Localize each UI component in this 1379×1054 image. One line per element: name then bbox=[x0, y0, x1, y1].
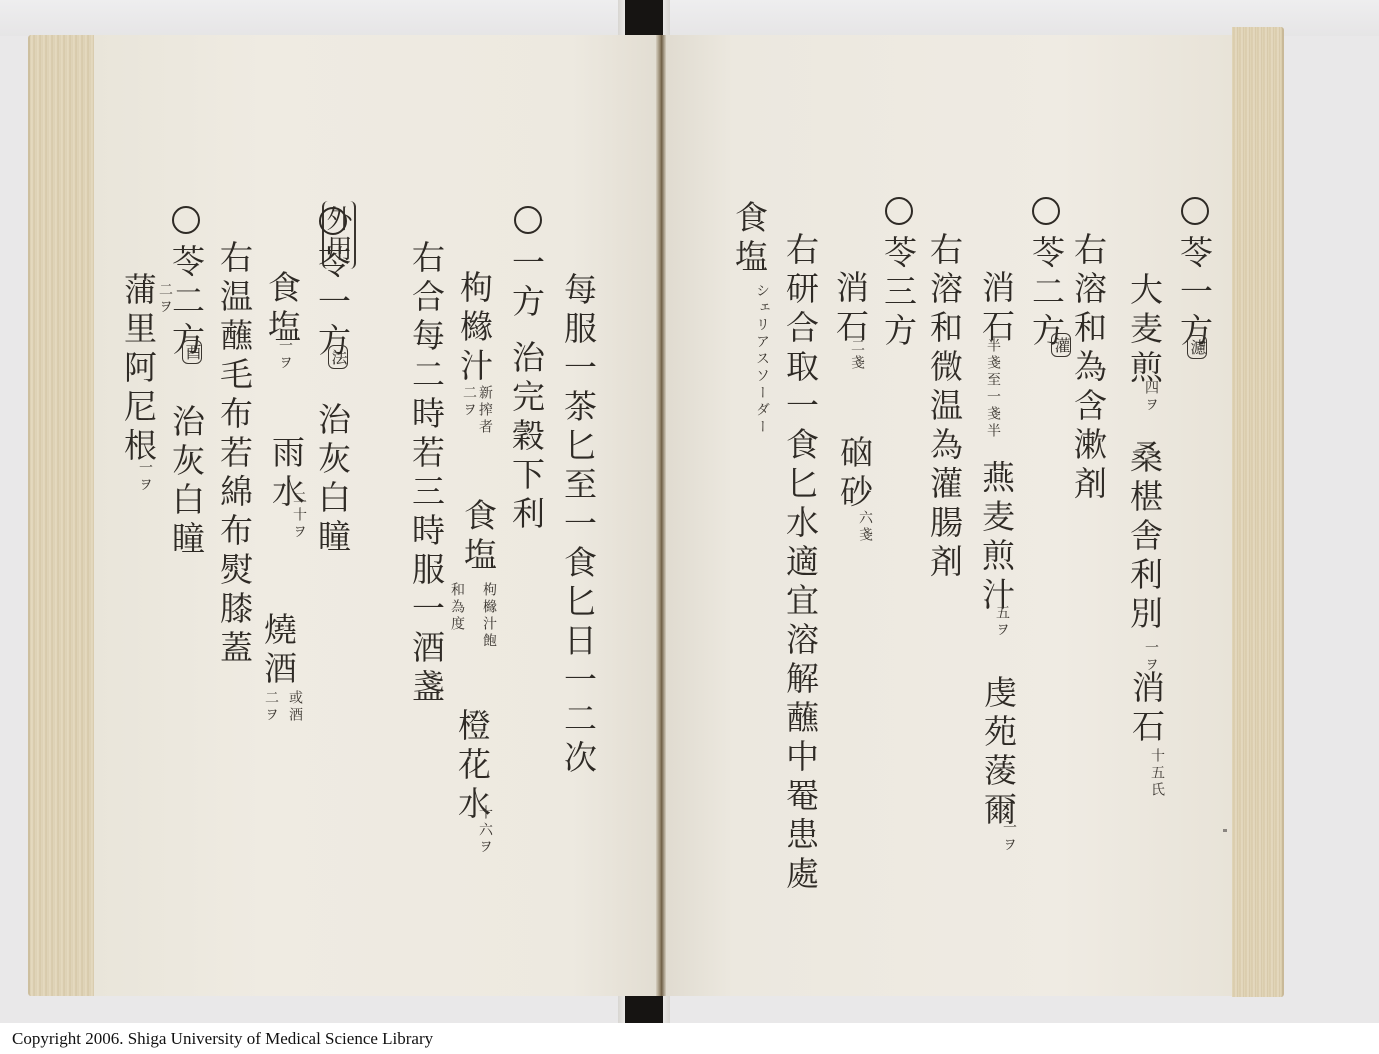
spine-band-top bbox=[625, 0, 663, 40]
left-col-2-indication: 治完穀下利 bbox=[510, 340, 543, 535]
right-col-6: 右溶和微温為灌腸剤 bbox=[928, 232, 961, 583]
ingredient: 硇砂 bbox=[835, 435, 874, 513]
ingredient: 枸櫞汁 bbox=[455, 270, 494, 387]
right-col-1-tag: 濾 bbox=[1181, 335, 1214, 359]
left-col-6-tag: 法 bbox=[322, 345, 355, 369]
left-col-1: 每服一茶匕至一食匕日一二次 bbox=[562, 272, 595, 779]
indication: 治灰白瞳 bbox=[167, 404, 206, 560]
quantity-note: 十五氏 bbox=[1150, 748, 1164, 799]
bullet-circle-icon bbox=[885, 197, 913, 225]
method-tag: 酉 bbox=[182, 340, 202, 364]
bullet-circle-icon bbox=[172, 206, 200, 234]
quantity-note: 五ヲ bbox=[995, 605, 1009, 639]
right-col-2-b: 桑椹舎利別 bbox=[1128, 440, 1161, 635]
right-col-2-c: 消石 bbox=[1130, 670, 1163, 748]
right-col-2-a: 大麦煎 bbox=[1128, 272, 1161, 389]
right-col-3: 右溶和為含漱剤 bbox=[1072, 232, 1105, 505]
bullet-circle-icon bbox=[1032, 197, 1060, 225]
ingredient: 食塩 bbox=[459, 498, 498, 576]
spine-band-bottom bbox=[625, 995, 663, 1023]
ingredient: 蒲里阿尼根 bbox=[119, 272, 158, 467]
quantity-note: 二ヲ bbox=[264, 690, 278, 724]
ingredient: 消石 bbox=[831, 270, 870, 348]
method-tag: 灌 bbox=[1051, 333, 1071, 357]
left-col-3-a: 枸櫞汁 bbox=[458, 270, 491, 387]
indication: 治完穀下利 bbox=[507, 340, 546, 535]
quantity-note: 四ヲ bbox=[1144, 380, 1158, 414]
left-page-edges bbox=[28, 35, 96, 996]
quantity-note: 二十ヲ bbox=[292, 490, 306, 541]
left-col-9-tag: 酉 bbox=[176, 340, 209, 364]
preparation-note: 枸櫞汁飽 bbox=[482, 582, 496, 650]
quantity-note: 一ヲ bbox=[278, 338, 292, 372]
quantity-note: 二戔 bbox=[850, 338, 864, 372]
right-col-5-c: 虔苑蔆爾 bbox=[982, 675, 1015, 831]
bullet-circle-icon bbox=[514, 206, 542, 234]
dosage-instruction: 右合每二時若三時服一酒盞 bbox=[407, 240, 446, 708]
method-tag: 法 bbox=[328, 345, 348, 369]
heading-text: 一方 bbox=[507, 245, 546, 323]
quantity-note: 一ヲ bbox=[1144, 640, 1158, 674]
right-col-8-b: 硇砂 bbox=[838, 435, 871, 513]
left-col-7-c: 燒酒 bbox=[262, 612, 295, 690]
instruction: 右温蘸毛布若綿布熨膝蓋 bbox=[215, 240, 254, 669]
quantity-note: 二ヲ bbox=[158, 282, 172, 316]
copyright-notice: Copyright 2006. Shiga University of Medi… bbox=[12, 1027, 1379, 1054]
left-col-9-indication: 治灰白瞳 bbox=[170, 404, 203, 560]
ingredient: 虔苑蔆爾 bbox=[979, 675, 1018, 831]
preparation-note: 和為度 bbox=[450, 582, 464, 633]
bullet-circle-icon bbox=[1181, 197, 1209, 225]
quantity-note: 十六ヲ bbox=[478, 805, 492, 856]
preparation-note: 新搾者 bbox=[478, 385, 492, 436]
right-col-5-b: 燕麦煎汁 bbox=[980, 460, 1013, 616]
ingredient: 消石 bbox=[1127, 670, 1166, 748]
paper-speck bbox=[1223, 829, 1227, 832]
quantity-note: 六戔 bbox=[858, 510, 872, 544]
right-col-10-a: 食塩 bbox=[733, 200, 766, 278]
ingredient: 燕麦煎汁 bbox=[977, 460, 1016, 616]
quantity-note: 半戔至一戔半 bbox=[986, 338, 1000, 440]
instruction: 右溶和為含漱剤 bbox=[1069, 232, 1108, 505]
quantity-note: 一ヲ bbox=[1002, 820, 1016, 854]
indication: 治灰白瞳 bbox=[313, 402, 352, 558]
ingredient: 桑椹舎利別 bbox=[1125, 440, 1164, 635]
quantity-note: 一ヲ bbox=[138, 460, 152, 494]
book-gutter bbox=[656, 35, 666, 996]
left-col-10-a: 蒲里阿尼根 bbox=[122, 272, 155, 467]
right-col-5-a: 消石 bbox=[980, 270, 1013, 348]
left-col-6-indication: 治灰白瞳 bbox=[316, 402, 349, 558]
right-col-4-tag: 灌 bbox=[1045, 333, 1078, 357]
bullet-circle-icon bbox=[319, 207, 347, 235]
ingredient: 燒酒 bbox=[259, 612, 298, 690]
method-tag: 濾 bbox=[1187, 335, 1207, 359]
ingredient: 消石 bbox=[977, 270, 1016, 348]
dosage-instruction: 每服一茶匕至一食匕日一二次 bbox=[559, 272, 598, 779]
right-page-edges bbox=[1232, 27, 1284, 997]
ingredient: 食塩 bbox=[263, 270, 302, 348]
pronunciation-note: シェリアスソーダー bbox=[755, 283, 769, 436]
ingredient: 大麦煎 bbox=[1125, 272, 1164, 389]
quantity-note: 二ヲ bbox=[462, 385, 476, 419]
left-col-8: 右温蘸毛布若綿布熨膝蓋 bbox=[218, 240, 251, 669]
alternative-note: 或酒 bbox=[288, 690, 302, 724]
ingredient: 食塩 bbox=[730, 200, 769, 278]
left-col-3-b: 食塩 bbox=[462, 498, 495, 576]
right-col-7-heading: 苓三方 bbox=[882, 235, 915, 352]
right-col-9: 右研合取一食匕水適宜溶解蘸中罨患處 bbox=[784, 232, 817, 895]
instruction: 右研合取一食匕水適宜溶解蘸中罨患處 bbox=[781, 232, 820, 895]
scan-background bbox=[0, 0, 1379, 36]
left-col-7-a: 食塩 bbox=[266, 270, 299, 348]
left-col-4: 右合每二時若三時服一酒盞 bbox=[410, 240, 443, 708]
left-col-2-heading: 一方 bbox=[510, 245, 543, 323]
instruction: 右溶和微温為灌腸剤 bbox=[925, 232, 964, 583]
right-col-8-a: 消石 bbox=[834, 270, 867, 348]
heading-text: 苓三方 bbox=[879, 235, 918, 352]
